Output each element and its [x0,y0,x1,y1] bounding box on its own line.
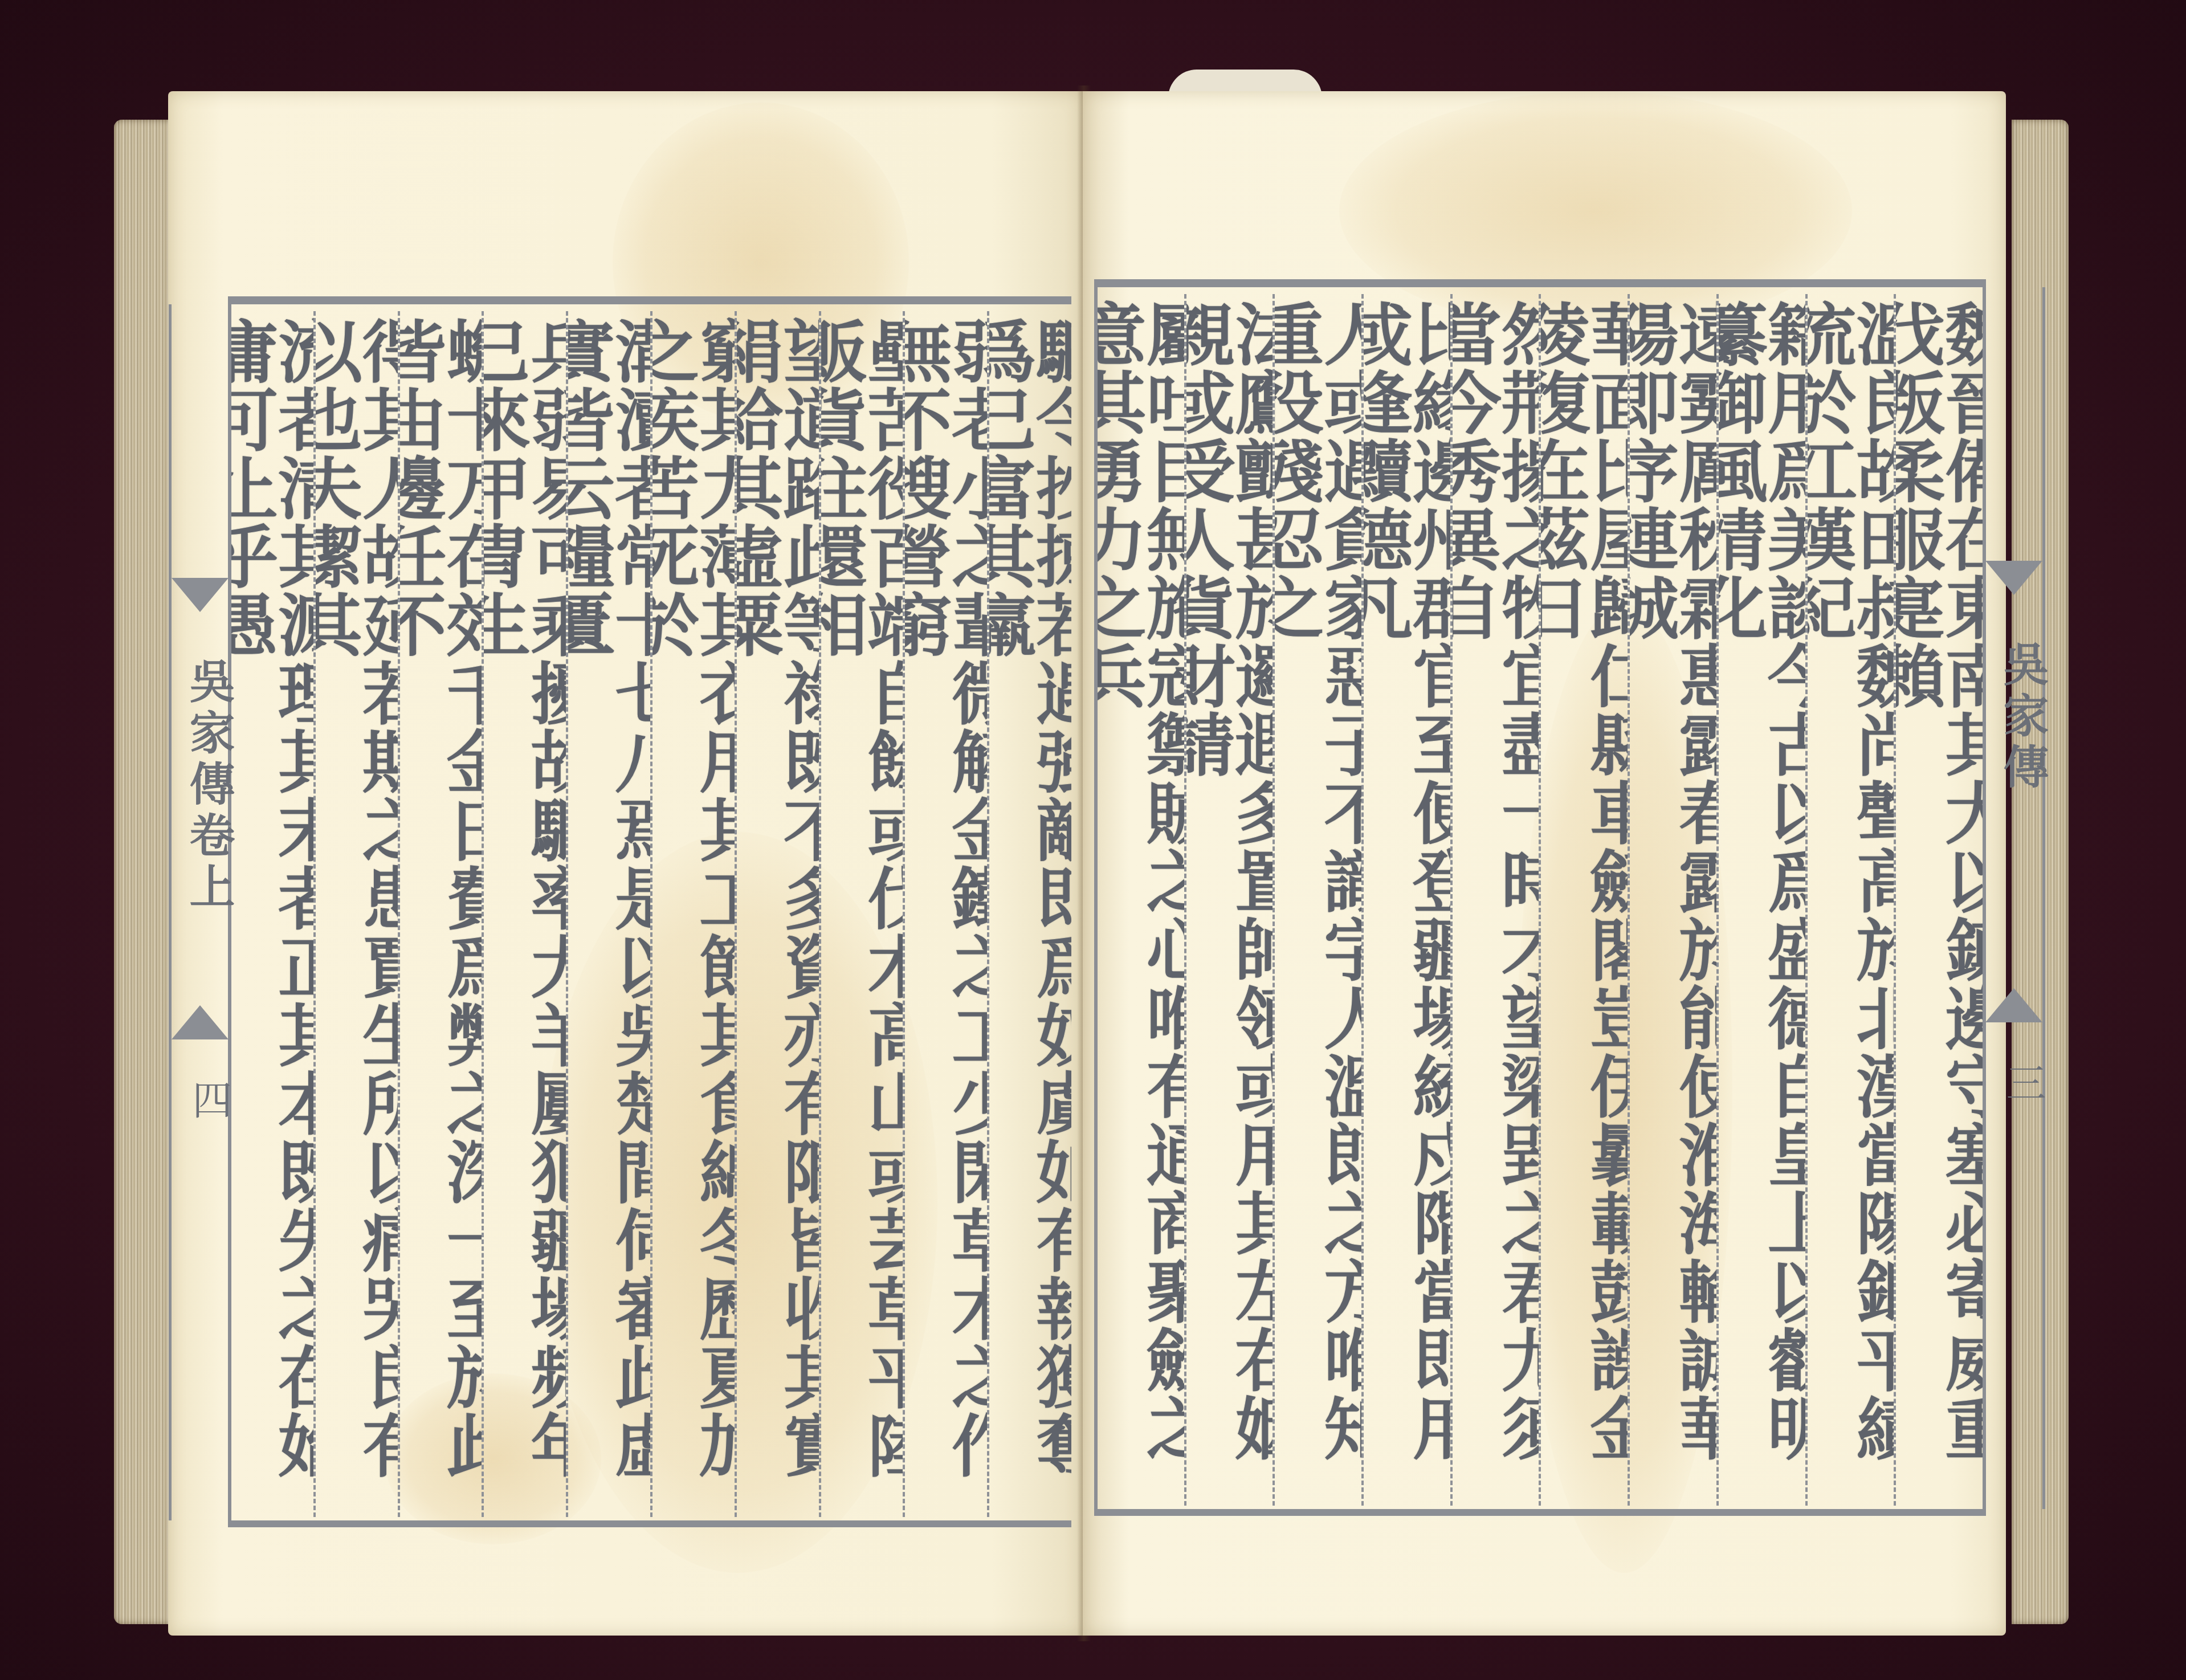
folio-number: 三 [1995,1062,2052,1102]
right-page: 吳家傳 三 魏晉備在東南其大以鎮邊守塞必寄威重伐叛柔服寔賴 溫良故田叔魏尚聲高於… [1083,91,2006,1636]
text-column: 遠霙厲秋霜惠露春露於能使淮海輸誠華陽即序連城 [1628,294,1716,1506]
fishtail-upper-icon [1985,561,2042,595]
text-column: 望道路此等祿既不多資亦有限皆收其實絹給其虛粟 [735,311,819,1517]
text-column: 溝瀆者常十七八焉是以吳楚間伺審此虛實皆云糧匱 [566,311,650,1517]
text-column: 屬吐目無施宼禦賊之心唯有通商聚斂之意其勇力之兵 [1098,294,1184,1506]
open-book: 吳家傳卷上 四 驅令抄掠若遇強敵即爲奴虜如有執獲奪爲己富其羸 弱老小之輩微解金鐵… [114,85,2069,1641]
right-block-frame: 吳家傳 三 魏晉備在東南其大以鎮邊守塞必寄威重伐叛柔服寔賴 溫良故田叔魏尚聲高於… [1094,279,1986,1516]
text-column: 法鷹鸇甚於邏遐多置帥領或用其左右姻親或受人貨財請 [1184,294,1273,1506]
block-centre-strip: 吳家傳卷上 四 [169,304,231,1520]
text-column: 人或遇貪家惡子不識字人溫郎之方唯知重役殘忍之 [1273,294,1361,1506]
fishtail-upper-icon [172,578,229,612]
left-text-columns: 驅令抄掠若遇強敵即爲奴虜如有執獲奪爲己富其羸 弱老小之輩微解金鐵之工少閑草木之作… [231,311,1071,1517]
text-column: 籍用爲美談今古以爲盛德自皇上以叡明纂御風清化 [1716,294,1805,1506]
block-centre-strip: 吳家傳 三 [1983,287,2045,1509]
folio-number: 四 [181,1079,238,1119]
margin-title: 吳家傳 [1990,641,2056,794]
text-column: 然荆揚之牧宜盡一時才望梁郢之君尤須當今秀異自 [1450,294,1539,1506]
text-column: 流者清其源理其末者正其本既失之在始庸可止乎愚 [231,311,313,1517]
text-column: 弱老小之輩微解金鐵之工少閑草木之作無不搜營窮 [903,311,987,1517]
text-column: 窮其力薄其衣用其工節其食綿冬歷夏加之疾苦死於 [650,311,735,1517]
text-column: 得其人故延若斯之患賈生所以痛哭良有以也夫潔其 [313,311,398,1517]
fishtail-lower-icon [1985,988,2042,1022]
page-stack-left [114,120,171,1624]
text-column: 驅令抄掠若遇強敵即爲奴虜如有執獲奪爲己富其羸 [987,311,1071,1517]
text-column: 溫良故田叔魏尚聲高於北漢當陽鉅平績流於江漢紀 [1805,294,1894,1506]
text-column: 兵弱易可乘擾故驅率犬羊屢犯疆場頻年已來甲冑生 [482,311,566,1517]
text-column: 蟣十万在郊千金日費爲弊之深一至於此皆由邊任不 [398,311,482,1517]
text-column: 魏晉備在東南其大以鎮邊守塞必寄威重伐叛柔服寔賴 [1894,294,1983,1506]
right-text-columns: 魏晉備在東南其大以鎮邊守塞必寄威重伐叛柔服寔賴 溫良故田叔魏尚聲高於北漢當陽鉅平… [1098,294,1983,1506]
text-column: 比緣邊州郡官至便登疆場統戍階當即用或逢黷德凡 [1361,294,1450,1506]
text-column: 壘苦役百端自餘或伐木高山或芸草平陸販貨往還相 [819,311,903,1517]
fishtail-lower-icon [172,1005,229,1039]
left-page: 吳家傳卷上 四 驅令抄掠若遇強敵即爲奴虜如有執獲奪爲己富其羸 弱老小之輩微解金鐵… [168,91,1083,1636]
left-block-frame: 吳家傳卷上 四 驅令抄掠若遇強敵即爲奴虜如有執獲奪爲己富其羸 弱老小之輩微解金鐵… [228,296,1071,1527]
text-column: 華面比屋歸仁縣車劒閣豈伊曩載鼓譟金陵復在茲日 [1539,294,1628,1506]
